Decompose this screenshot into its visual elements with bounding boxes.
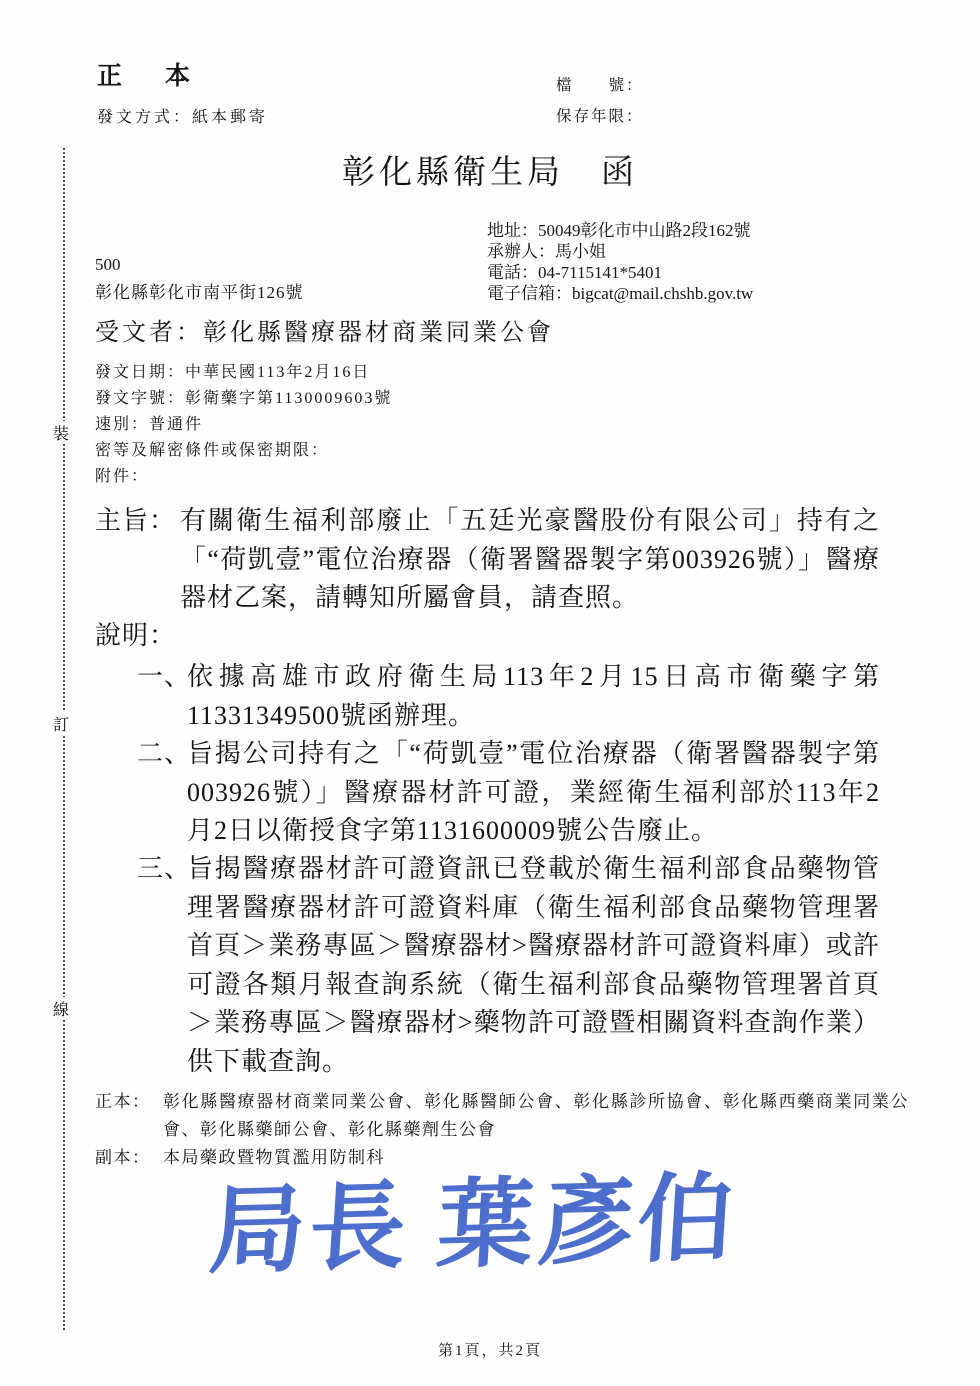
distribution-original-recipients: 彰化縣醫療器材商業同業公會、彰化縣醫師公會、彰化縣診所協會、彰化縣西藥商業同業公… [163,1088,909,1144]
meta-attachment: 附件： [95,464,392,490]
explanation-item-3-number: 三、 [137,850,192,889]
subject-label: 主旨： [95,502,176,541]
explanation-item-2-number: 二、 [137,735,192,774]
retention-period-label: 保存年限： [556,104,644,126]
document-page: 裝 訂 線 正 本 發文方式：紙本郵寄 檔 號： 保存年限： 彰化縣衛生局 函 … [0,0,980,1386]
binding-dotted-line [63,148,65,1330]
explanation-label: 說明： [95,617,176,656]
document-title: 彰化縣衛生局 函 [0,146,980,193]
meta-ref-number: 發文字號：彰衛藥字第1130009603號 [95,386,392,412]
explanation-item-3-text: 旨揭醫療器材許可證資訊已登載於衛生福利部食品藥物管理署醫療器材許可證資料庫（衛生… [187,850,880,1081]
director-signature-stamp: 局長 葉彥伯 [206,1141,774,1293]
subject-text: 有關衛生福利部廢止「五廷光豪醫股份有限公司」持有之「“荷凱壹”電位治療器（衛署醫… [180,502,880,618]
recipient-address: 彰化縣彰化市南平街126號 [95,278,304,303]
recipient-line: 受文者：彰化縣醫療器材商業同業公會 [95,312,554,347]
agency-email: 電子信箱：bigcat@mail.chshb.gov.tw [487,283,753,304]
copy-type-label: 正 本 [97,56,199,92]
sending-method: 發文方式：紙本郵寄 [97,104,268,127]
meta-speed: 速別：普通件 [95,412,392,438]
meta-date: 發文日期：中華民國113年2月16日 [95,360,392,386]
binding-mark-zhuang: 裝 [50,421,72,444]
explanation-item-1-number: 一、 [137,658,192,697]
agency-address: 地址：50049彰化市中山路2段162號 [487,220,753,241]
distribution-copy-label: 副本： [95,1144,151,1172]
meta-block: 發文日期：中華民國113年2月16日 發文字號：彰衛藥字第1130009603號… [95,360,392,490]
explanation-item-2-text: 旨揭公司持有之「“荷凱壹”電位治療器（衛署醫器製字第003926號）」醫療器材許… [187,735,880,851]
file-number-label: 檔 號： [556,73,644,95]
agency-contact-person: 承辦人：馬小姐 [487,241,753,262]
page-number-footer: 第1頁，共2頁 [0,1339,980,1360]
binding-mark-xian: 線 [50,997,72,1020]
binding-mark-ding: 訂 [50,712,72,735]
distribution-original-label: 正本： [95,1088,151,1116]
agency-phone: 電話：04-7115141*5401 [487,262,753,283]
explanation-item-1-text: 依據高雄市政府衛生局113年2月15日高市衛藥字第11331349500號函辦理… [187,658,880,735]
agency-info-block: 地址：50049彰化市中山路2段162號 承辦人：馬小姐 電話：04-71151… [487,220,753,304]
recipient-zip: 500 [95,255,121,275]
meta-security: 密等及解密條件或保密期限： [95,438,392,464]
